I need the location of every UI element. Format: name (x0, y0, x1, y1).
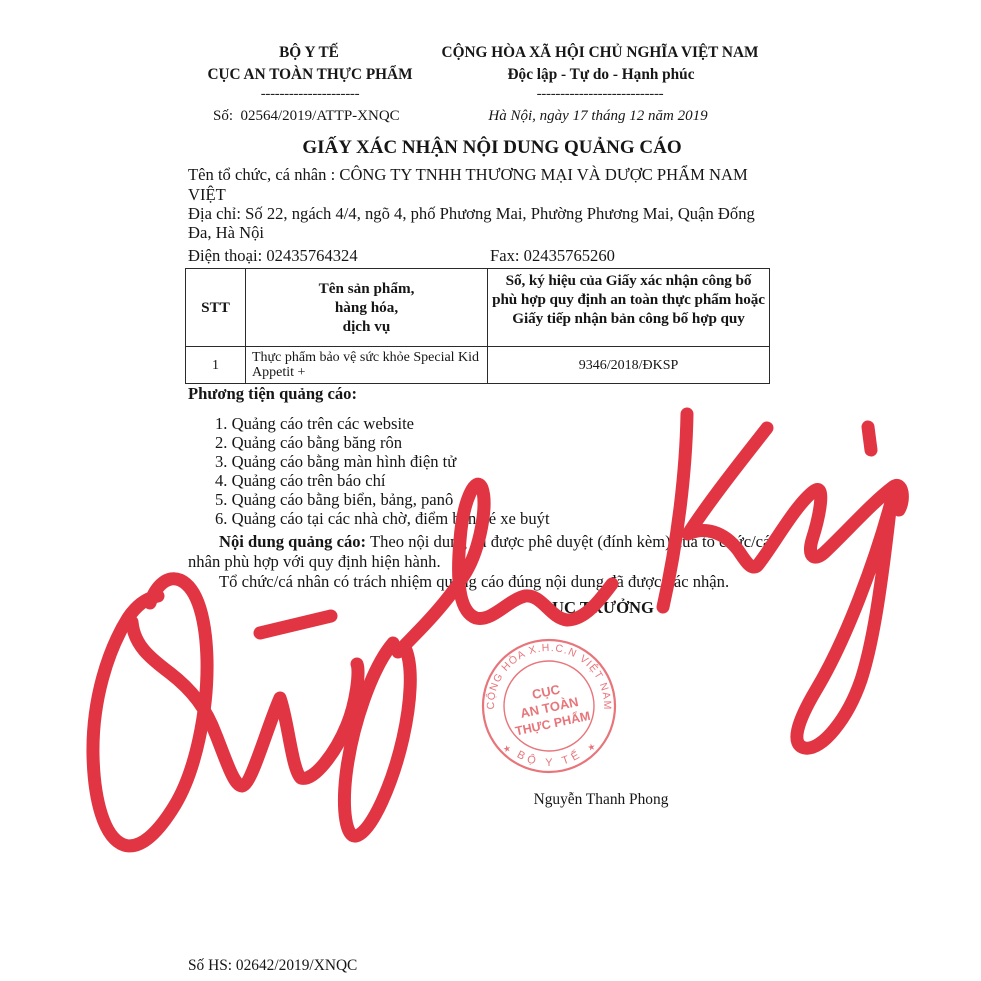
column-header-certificate: Số, ký hiệu của Giấy xác nhận công bố ph… (488, 269, 770, 347)
scribble-dot-stroke (868, 427, 871, 450)
left-divider: --------------------- (180, 85, 440, 103)
list-text: Quảng cáo bằng băng rôn (232, 433, 403, 452)
cell-product: Thực phẩm bảo vệ sức khỏe Special Kid Ap… (246, 347, 488, 384)
scribble-loop-stroke (93, 579, 207, 846)
media-list: 1. Quảng cáo trên các website 2. Quảng c… (215, 414, 550, 528)
agency-name: CỤC AN TOÀN THỰC PHẨM (180, 66, 440, 84)
scribble-wave-stroke (132, 622, 358, 786)
list-item: 2. Quảng cáo bằng băng rôn (215, 433, 550, 452)
list-item: 4. Quảng cáo trên báo chí (215, 471, 550, 490)
signer-title: CỤC TRƯỞNG (447, 598, 747, 618)
responsibility-paragraph: Tổ chức/cá nhân có trách nhiệm quảng cáo… (188, 572, 776, 592)
list-number: 3. (215, 452, 227, 471)
document-page: BỘ Y TẾ CỤC AN TOÀN THỰC PHẨM ----------… (0, 0, 981, 981)
list-text: Quảng cáo tại các nhà chờ, điểm bán vé x… (232, 509, 550, 528)
list-text: Quảng cáo bằng biển, bảng, panô (232, 490, 454, 509)
table-row: 1 Thực phẩm bảo vệ sức khỏe Special Kid … (186, 347, 770, 384)
column-header-stt: STT (186, 269, 246, 347)
list-item: 6. Quảng cáo tại các nhà chờ, điểm bán v… (215, 509, 550, 528)
list-item: 5. Quảng cáo bằng biển, bảng, panô (215, 490, 550, 509)
list-text: Quảng cáo bằng màn hình điện tử (232, 452, 457, 471)
address-line: Địa chỉ: Số 22, ngách 4/4, ngõ 4, phố Ph… (188, 204, 776, 243)
media-heading: Phương tiện quảng cáo: (188, 384, 357, 404)
cell-certificate: 9346/2018/ĐKSP (488, 347, 770, 384)
table-header-row: STT Tên sản phẩm, hàng hóa, dịch vụ Số, … (186, 269, 770, 347)
phone-line: Điện thoại: 02435764324 (188, 246, 358, 266)
dossier-number: Số HS: 02642/2019/XNQC (188, 957, 357, 975)
scribble-j-loop-stroke (797, 495, 893, 748)
stamp-star-right: ★ (586, 741, 596, 752)
stamp-star-left: ★ (502, 743, 512, 754)
phone-label: Điện thoại: (188, 246, 262, 265)
list-text: Quảng cáo trên các website (232, 414, 414, 433)
place-date: Hà Nội, ngày 17 tháng 12 năm 2019 (418, 107, 778, 125)
document-title: GIẤY XÁC NHẬN NỘI DUNG QUẢNG CÁO (242, 138, 742, 158)
country-name: CỘNG HÒA XÃ HỘI CHỦ NGHĨA VIỆT NAM (420, 44, 780, 62)
cell-stt: 1 (186, 347, 246, 384)
list-number: 2. (215, 433, 227, 452)
list-number: 5. (215, 490, 227, 509)
official-stamp: CỘNG HÒA X.H.C.N VIỆT NAM BỘ Y TẾ ★ ★ CỤ… (474, 631, 624, 781)
scribble-bar-stroke (260, 616, 331, 633)
document-number: Số: 02564/2019/ATTP-XNQC (213, 107, 400, 125)
list-number: 6. (215, 509, 227, 528)
product-table: STT Tên sản phẩm, hàng hóa, dịch vụ Số, … (185, 268, 770, 384)
list-item: 3. Quảng cáo bằng màn hình điện tử (215, 452, 550, 471)
organization-label: Tên tổ chức, cá nhân : (188, 165, 335, 184)
content-label: Nội dung quảng cáo: (219, 532, 366, 551)
list-text: Quảng cáo trên báo chí (232, 471, 386, 490)
column-header-product: Tên sản phẩm, hàng hóa, dịch vụ (246, 269, 488, 347)
list-number: 4. (215, 471, 227, 490)
address-value: Số 22, ngách 4/4, ngõ 4, phố Phương Mai,… (188, 204, 755, 243)
address-label: Địa chỉ: (188, 204, 241, 223)
scribble-g-loop-stroke (344, 643, 410, 836)
phone-value: 02435764324 (266, 246, 357, 265)
fax-label: Fax: (490, 246, 520, 265)
fax-value: 02435765260 (524, 246, 615, 265)
content-paragraph: Nội dung quảng cáo: Theo nội dung đã đượ… (188, 532, 776, 571)
list-item: 1. Quảng cáo trên các website (215, 414, 550, 433)
signer-name: Nguyễn Thanh Phong (451, 791, 751, 809)
list-number: 1. (215, 414, 227, 433)
fax-line: Fax: 02435765260 (490, 246, 615, 266)
right-divider: --------------------------- (420, 85, 780, 103)
ministry-name: BỘ Y TẾ (179, 44, 439, 62)
national-motto: Độc lập - Tự do - Hạnh phúc (421, 66, 781, 84)
organization-line: Tên tổ chức, cá nhân : CÔNG TY TNHH THƯƠ… (188, 165, 776, 204)
